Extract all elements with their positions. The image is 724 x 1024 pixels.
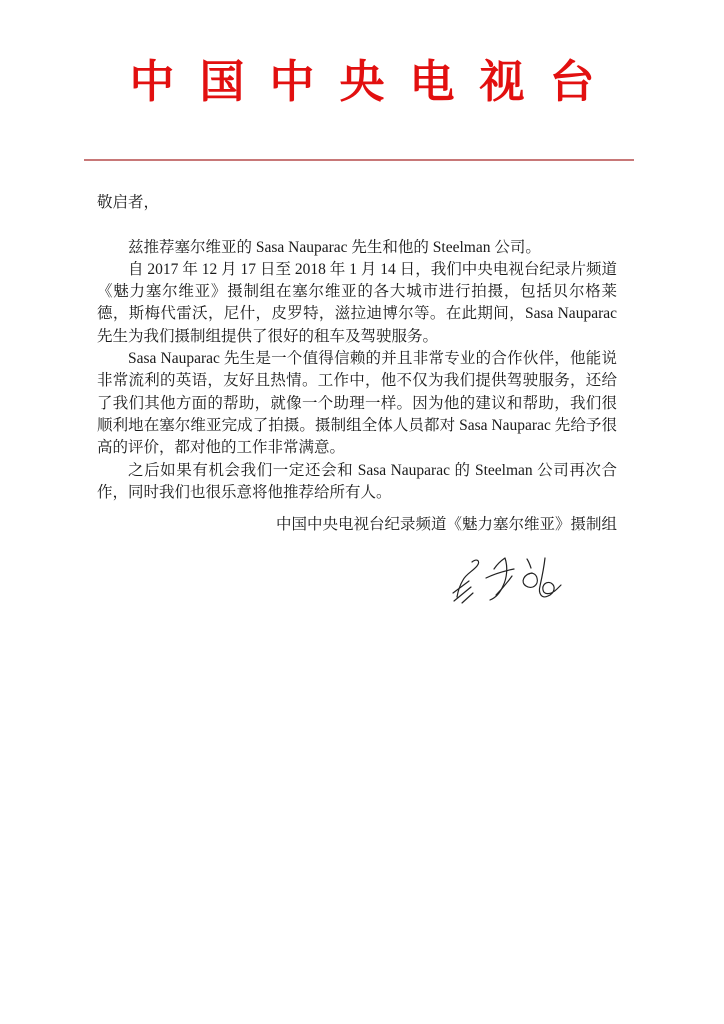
letter-page: 中国中央电视台 敬启者， 兹推荐塞尔维亚的 Sasa Nauparac 先生和他… — [0, 0, 724, 1024]
signoff: 中国中央电视台纪录频道《魅力塞尔维亚》摄制组 — [97, 514, 617, 536]
letter-paragraph: Sasa Nauparac 先生是一个值得信赖的并且非常专业的合作伙伴，他能说非… — [97, 348, 617, 459]
letterhead-divider — [84, 159, 634, 161]
letter-paragraph: 自 2017 年 12 月 17 日至 2018 年 1 月 14 日，我们中央… — [97, 259, 617, 348]
handwritten-signature-scribble — [450, 553, 570, 611]
letterhead-title: 中国中央电视台 — [0, 56, 724, 108]
letter-body: 敬启者， 兹推荐塞尔维亚的 Sasa Nauparac 先生和他的 Steelm… — [97, 192, 617, 536]
letter-paragraph: 之后如果有机会我们一定还会和 Sasa Nauparac 的 Steelman … — [97, 460, 617, 505]
handwritten-signature — [450, 553, 570, 611]
letter-paragraph: 兹推荐塞尔维亚的 Sasa Nauparac 先生和他的 Steelman 公司… — [97, 237, 617, 259]
salutation: 敬启者， — [97, 192, 617, 214]
